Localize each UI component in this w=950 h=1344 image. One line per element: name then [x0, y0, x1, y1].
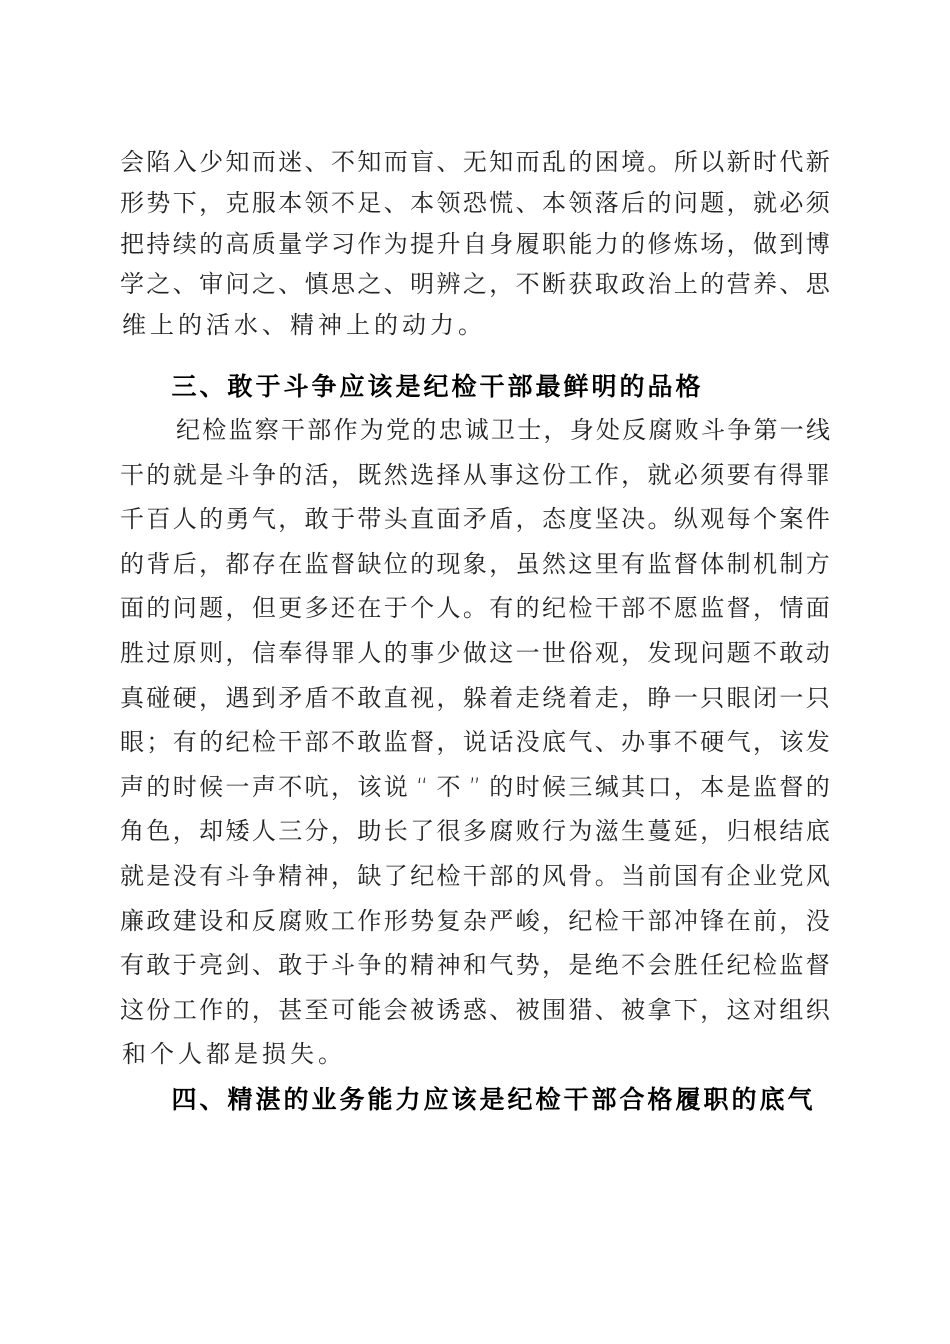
- text-line: 维上的活水、精神上的动力。: [120, 309, 830, 341]
- text-line: 真碰硬，遇到矛盾不敢直视，躲着走绕着走，睁一只眼闭一只: [120, 682, 830, 714]
- text-line: 声的时候一声不吭，该说“不”的时候三缄其口，本是监督的: [120, 771, 830, 803]
- text-line: 眼；有的纪检干部不敢监督，说话没底气、办事不硬气，该发: [120, 726, 830, 758]
- section-heading-3: 三、敢于斗争应该是纪检干部最鲜明的品格: [170, 370, 702, 404]
- text-line: 廉政建设和反腐败工作形势复杂严峻，纪检干部冲锋在前，没: [120, 905, 830, 937]
- text-line: 干的就是斗争的活，既然选择从事这份工作，就必须要有得罪: [120, 459, 830, 491]
- text-line: 会陷入少知而迷、不知而盲、无知而乱的困境。所以新时代新: [120, 146, 830, 178]
- text-line: 胜过原则，信奉得罪人的事少做这一世俗观，发现问题不敢动: [120, 637, 830, 669]
- text-line: 有敢于亮剑、敢于斗争的精神和气势，是绝不会胜任纪检监督: [120, 949, 830, 981]
- text-line: 把持续的高质量学习作为提升自身履职能力的修炼场，做到博: [120, 228, 830, 260]
- text-line: 角色，却矮人三分，助长了很多腐败行为滋生蔓延，归根结底: [120, 815, 830, 847]
- text-line: 形势下，克服本领不足、本领恐慌、本领落后的问题，就必须: [120, 187, 830, 219]
- section-heading-4: 四、精湛的业务能力应该是纪检干部合格履职的底气: [170, 1083, 814, 1117]
- document-page: 会陷入少知而迷、不知而盲、无知而乱的困境。所以新时代新形势下，克服本领不足、本领…: [0, 0, 950, 1344]
- text-line: 和个人都是损失。: [120, 1038, 830, 1070]
- text-line: 千百人的勇气，敢于带头直面矛盾，态度坚决。纵观每个案件: [120, 503, 830, 535]
- text-line: 纪检监察干部作为党的忠诚卫士，身处反腐败斗争第一线: [176, 414, 830, 446]
- text-line: 的背后，都存在监督缺位的现象，虽然这里有监督体制机制方: [120, 548, 830, 580]
- text-line: 就是没有斗争精神，缺了纪检干部的风骨。当前国有企业党风: [120, 860, 830, 892]
- text-line: 面的问题，但更多还在于个人。有的纪检干部不愿监督，情面: [120, 592, 830, 624]
- text-line: 学之、审问之、慎思之、明辨之，不断获取政治上的营养、思: [120, 268, 830, 300]
- text-line: 这份工作的，甚至可能会被诱惑、被围猎、被拿下，这对组织: [120, 994, 830, 1026]
